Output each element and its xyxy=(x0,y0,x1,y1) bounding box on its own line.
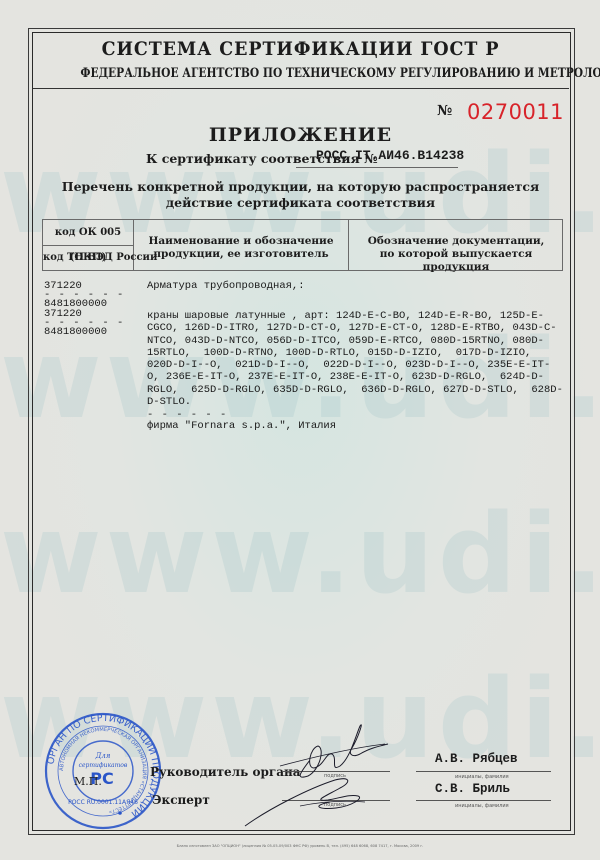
form-number: 0270011 xyxy=(467,100,564,124)
certification-stamp: ОРГАН ПО СЕРТИФИКАЦИИ ПРОДУКЦИИ АВТОНОМН… xyxy=(44,712,162,830)
table-header: код ОК 005 (ОКП) код ТН ВЭД России Наиме… xyxy=(42,219,563,271)
product-line: 020D-D-I--O, 021D-D-I--O, 022D-D-I--O, 0… xyxy=(147,359,557,371)
table-row-code: 371220 - - - - - - 8481800000 xyxy=(44,280,134,311)
product-line: CGCO, 126D-D-ITRO, 127D-D-CT-O, 127D-E-C… xyxy=(147,322,557,334)
manufacturer: фирма "Fornara s.p.a.", Италия xyxy=(147,420,557,432)
agency-title: ФЕДЕРАЛЬНОЕ АГЕНТСТВО ПО ТЕХНИЧЕСКОМУ РЕ… xyxy=(80,66,520,81)
system-title: СИСТЕМА СЕРТИФИКАЦИИ ГОСТ Р xyxy=(53,38,547,60)
description: Перечень конкретной продукции, на котору… xyxy=(32,179,569,211)
page-title: ПРИЛОЖЕНИЕ xyxy=(32,124,569,146)
product-line: RGLO, 625D-D-RGLO, 635D-D-RGLO, 636D-D-R… xyxy=(147,384,557,396)
header-line: по которой выпускается продукция xyxy=(350,248,562,274)
description-line: действие сертификата соответствия xyxy=(32,195,569,211)
number-sign: № xyxy=(437,103,452,119)
documentation-header: Обозначение документации, по которой вып… xyxy=(350,220,562,270)
stamp-place-label: М.П. xyxy=(74,775,102,788)
svg-text:Для: Для xyxy=(95,752,111,760)
initials-caption: инициалы, фамилия xyxy=(455,774,509,780)
header-line: Обозначение документации, xyxy=(350,235,562,248)
table-row-code: 371220 - - - - - - 8481800000 xyxy=(44,308,134,339)
table-row-product: краны шаровые латунные , арт: 124D-E-C-B… xyxy=(147,310,557,408)
expert-label: Эксперт xyxy=(152,793,210,807)
head-name: А.В. Рябцев xyxy=(435,752,518,766)
header-divider xyxy=(33,88,569,89)
expert-name: С.В. Бриль xyxy=(435,782,510,796)
product-line: NTCO, 043D-D-NTCO, 056D-D-ITCO, 059D-E-R… xyxy=(147,335,557,347)
footer-imprint: Бланк изготовлен ЗАО "ОПЦИОН" (лицензия … xyxy=(50,844,550,848)
product-name-header: Наименование и обозначение продукции, ее… xyxy=(134,220,349,270)
signature-strokes xyxy=(240,718,390,828)
table-row-product: Арматура трубопроводная,: xyxy=(147,280,557,292)
expert-name-line xyxy=(416,800,551,801)
certificate-number: РОСС IT.АИ46.В14238 xyxy=(316,148,464,163)
certificate-underline xyxy=(296,167,458,168)
product-line: Арматура трубопроводная,: xyxy=(147,280,557,292)
svg-text:сертификатов: сертификатов xyxy=(79,762,128,769)
header-line: Наименование и обозначение xyxy=(134,235,348,248)
head-name-line xyxy=(416,771,551,772)
tnved-code-header: код ТН ВЭД России xyxy=(43,246,133,270)
code-column-header: код ОК 005 (ОКП) код ТН ВЭД России xyxy=(43,220,134,270)
product-line: D-STLO. xyxy=(147,396,557,408)
header-line: продукции, ее изготовитель xyxy=(134,248,348,261)
product-line: краны шаровые латунные , арт: 124D-E-C-B… xyxy=(147,310,557,322)
product-separator: - - - - - - xyxy=(147,411,557,419)
svg-text:РОСС RU.0001.11АЯ46: РОСС RU.0001.11АЯ46 xyxy=(68,799,138,806)
product-line: 15RTLO, 100D-D-RTNO, 100D-D-RTLO, 015D-D… xyxy=(147,347,557,359)
description-line: Перечень конкретной продукции, на котору… xyxy=(32,179,569,195)
okp-code-header: код ОК 005 (ОКП) xyxy=(43,220,133,246)
product-line: O, 236E-E-IT-O, 237E-E-IT-O, 238E-E-IT-O… xyxy=(147,371,557,383)
initials-caption: инициалы, фамилия xyxy=(455,803,509,809)
